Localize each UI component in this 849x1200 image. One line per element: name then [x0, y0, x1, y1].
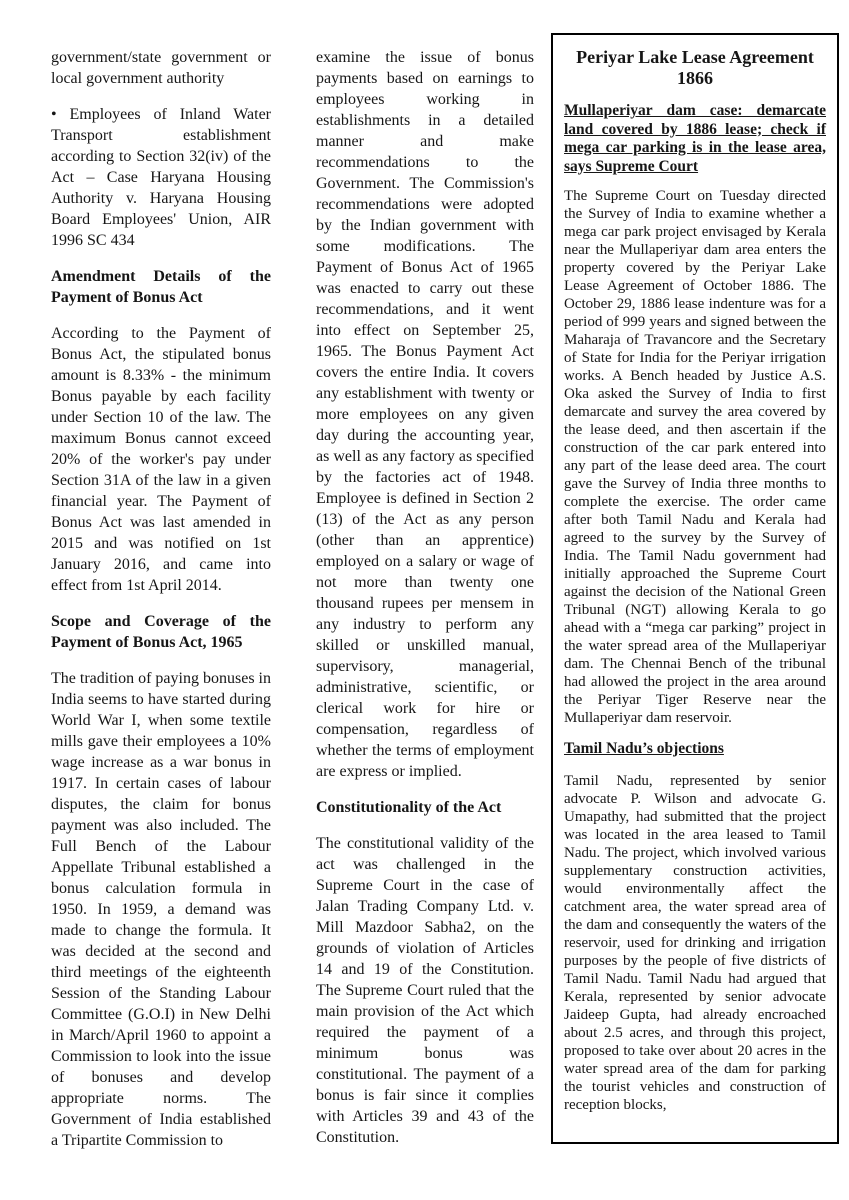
paragraph-commission-recommendations: examine the issue of bonus payments base…	[316, 47, 534, 782]
paragraph-amendment-details: According to the Payment of Bonus Act, t…	[51, 323, 271, 596]
paragraph-constitutionality: The constitutional validity of the act w…	[316, 833, 534, 1148]
news-clipping-box: Periyar Lake Lease Agreement 1866 Mullap…	[551, 33, 839, 1144]
document-page: government/state government or local gov…	[0, 0, 849, 1200]
section-heading-amendment-details: Amendment Details of the Payment of Bonu…	[51, 266, 271, 308]
left-text-column: government/state government or local gov…	[51, 47, 271, 1166]
paragraph-government-authority: government/state government or local gov…	[51, 47, 271, 89]
subsection-heading-tamil-nadu-objections: Tamil Nadu’s objections	[564, 740, 826, 759]
middle-text-column: examine the issue of bonus payments base…	[316, 47, 534, 1163]
news-headline: Mullaperiyar dam case: demarcate land co…	[564, 102, 826, 176]
news-box-title: Periyar Lake Lease Agreement 1866	[564, 47, 826, 89]
paragraph-supreme-court-order: The Supreme Court on Tuesday directed th…	[564, 187, 826, 727]
paragraph-scope-coverage: The tradition of paying bonuses in India…	[51, 668, 271, 1151]
paragraph-tamil-nadu-objections: Tamil Nadu, represented by senior advoca…	[564, 772, 826, 1114]
section-heading-constitutionality: Constitutionality of the Act	[316, 797, 534, 818]
bullet-item-inland-water-transport: • Employees of Inland Water Transport es…	[51, 104, 271, 251]
section-heading-scope-coverage: Scope and Coverage of the Payment of Bon…	[51, 611, 271, 653]
